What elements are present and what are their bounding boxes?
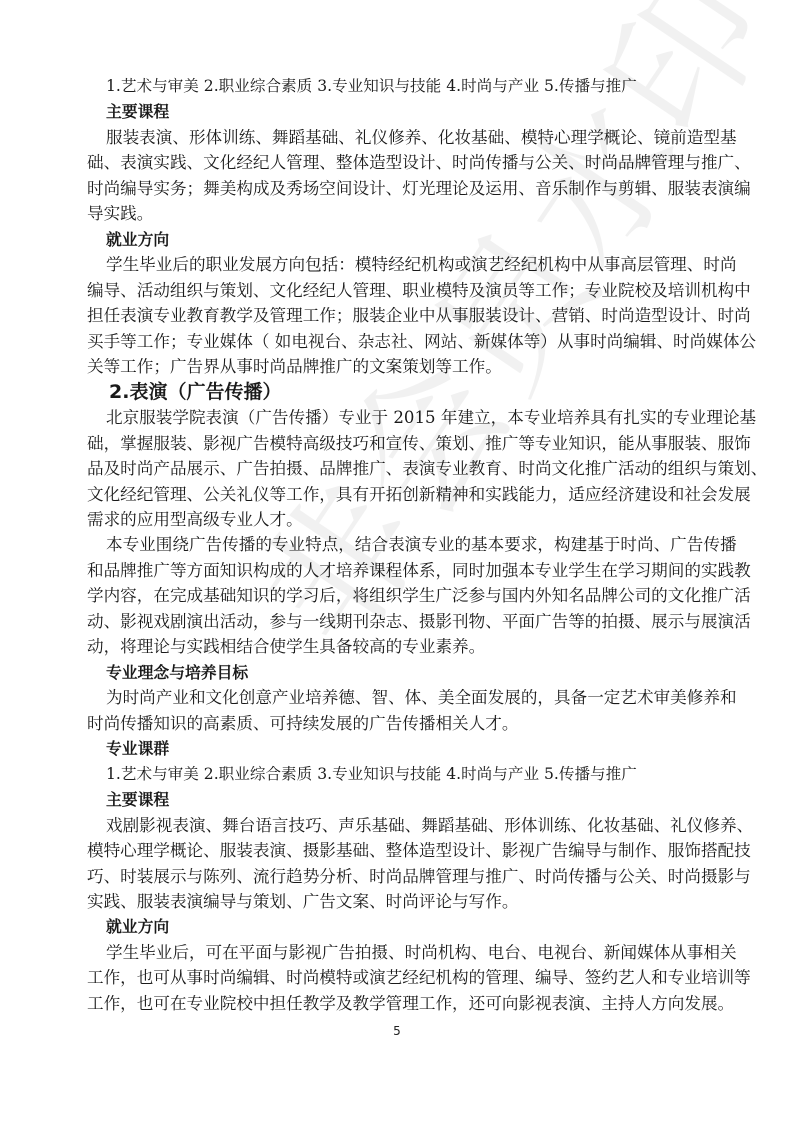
section-subheading: 主要课程 — [87, 99, 719, 124]
paragraph-line: 买手等工作；专业媒体（ 如电视台、杂志社、网站、新媒体等）从事时尚编辑、时尚媒体… — [87, 329, 719, 354]
paragraph-line: 模特心理学概论、服装表演、摄影基础、整体造型设计、影视广告编导与制作、服饰搭配技 — [87, 838, 719, 863]
page-number: 5 — [390, 1024, 404, 1038]
document-page: 非会员水印 1.艺术与审美 2.职业综合素质 3.专业知识与技能 4.时尚与产业… — [0, 0, 793, 1122]
section-subheading: 专业课群 — [87, 736, 719, 761]
paragraph-line: 工作，也可从事时尚编辑、时尚模特或演艺经纪机构的管理、编导、签约艺人和专业培训等 — [87, 965, 719, 990]
paragraph-line: 巧、时装展示与陈列、流行趋势分析、时尚品牌管理与推广、时尚传播与公关、时尚摄影与 — [87, 864, 719, 889]
section-subheading: 就业方向 — [87, 227, 719, 252]
paragraph-last-line: 需求的应用型高级专业人才。 — [87, 507, 719, 532]
paragraph-first-line: 本专业围绕广告传播的专业特点，结合表演专业的基本要求，构建基于时尚、广告传播 — [87, 532, 719, 557]
paragraph-line: 文化经纪管理、公关礼仪等工作，具有开拓创新精神和实践能力，适应经济建设和社会发展 — [87, 482, 719, 507]
paragraph-first-line: 服装表演、形体训练、舞蹈基础、礼仪修养、化妆基础、模特心理学概论、镜前造型基 — [87, 125, 719, 150]
paragraph-line: 和品牌推广等方面知识构成的人才培养课程体系，同时加强本专业学生在学习期间的实践教 — [87, 558, 719, 583]
paragraph-first-line: 北京服装学院表演（广告传播）专业于 2015 年建立，本专业培养具有扎实的专业理… — [87, 405, 719, 430]
paragraph-line: 编导、活动组织与策划、文化经纪人管理、职业模特及演员等工作；专业院校及培训机构中 — [87, 278, 719, 303]
paragraph-line: 动、影视戏剧演出活动，参与一线期刊杂志、摄影刊物、平面广告等的拍摄、展示与展演活 — [87, 609, 719, 634]
paragraph-first-line: 学生毕业后，可在平面与影视广告拍摄、时尚机构、电台、电视台、新闻媒体从事相关 — [87, 940, 719, 965]
paragraph-last-line: 动，将理论与实践相结合使学生具备较高的专业素养。 — [87, 634, 719, 659]
section-subheading: 主要课程 — [87, 787, 719, 812]
section-subheading: 就业方向 — [87, 914, 719, 939]
paragraph-line: 础，掌握服装、影视广告模特高级技巧和宣传、策划、推广等专业知识，能从事服装、服饰 — [87, 431, 719, 456]
paragraph-line: 学内容，在完成基础知识的学习后，将组织学生广泛参与国内外知名品牌公司的文化推广活 — [87, 583, 719, 608]
page-content: 1.艺术与审美 2.职业综合素质 3.专业知识与技能 4.时尚与产业 5.传播与… — [87, 74, 719, 1016]
paragraph-last-line: 实践、服装表演编导与策划、广告文案、时尚评论与写作。 — [87, 889, 719, 914]
paragraph-line: 担任表演专业教育教学及管理工作；服装企业中从事服装设计、营销、时尚造型设计、时尚 — [87, 303, 719, 328]
paragraph-last-line: 时尚传播知识的高素质、可持续发展的广告传播相关人才。 — [87, 711, 719, 736]
paragraph-line: 础、表演实践、文化经纪人管理、整体造型设计、时尚传播与公关、时尚品牌管理与推广、 — [87, 150, 719, 175]
section-heading: 2.表演（广告传播） — [87, 380, 719, 405]
paragraph-first-line: 为时尚产业和文化创意产业培养德、智、体、美全面发展的，具备一定艺术审美修养和 — [87, 685, 719, 710]
paragraph-line: 品及时尚产品展示、广告拍摄、品牌推广、表演专业教育、时尚文化推广活动的组织与策划… — [87, 456, 719, 481]
course-group-list: 1.艺术与审美 2.职业综合素质 3.专业知识与技能 4.时尚与产业 5.传播与… — [87, 762, 719, 787]
paragraph-line: 时尚编导实务；舞美构成及秀场空间设计、灯光理论及运用、音乐制作与剪辑、服装表演编 — [87, 176, 719, 201]
paragraph-last-line: 关等工作；广告界从事时尚品牌推广的文案策划等工作。 — [87, 354, 719, 379]
paragraph-first-line: 学生毕业后的职业发展方向包括：模特经纪机构或演艺经纪机构中从事高层管理、时尚 — [87, 252, 719, 277]
paragraph-last-line: 导实践。 — [87, 201, 719, 226]
paragraph-first-line: 戏剧影视表演、舞台语言技巧、声乐基础、舞蹈基础、形体训练、化妆基础、礼仪修养、 — [87, 813, 719, 838]
section-subheading: 专业理念与培养目标 — [87, 660, 719, 685]
course-group-list: 1.艺术与审美 2.职业综合素质 3.专业知识与技能 4.时尚与产业 5.传播与… — [87, 74, 719, 99]
paragraph-last-line: 工作，也可在专业院校中担任教学及教学管理工作，还可向影视表演、主持人方向发展。 — [87, 991, 719, 1016]
